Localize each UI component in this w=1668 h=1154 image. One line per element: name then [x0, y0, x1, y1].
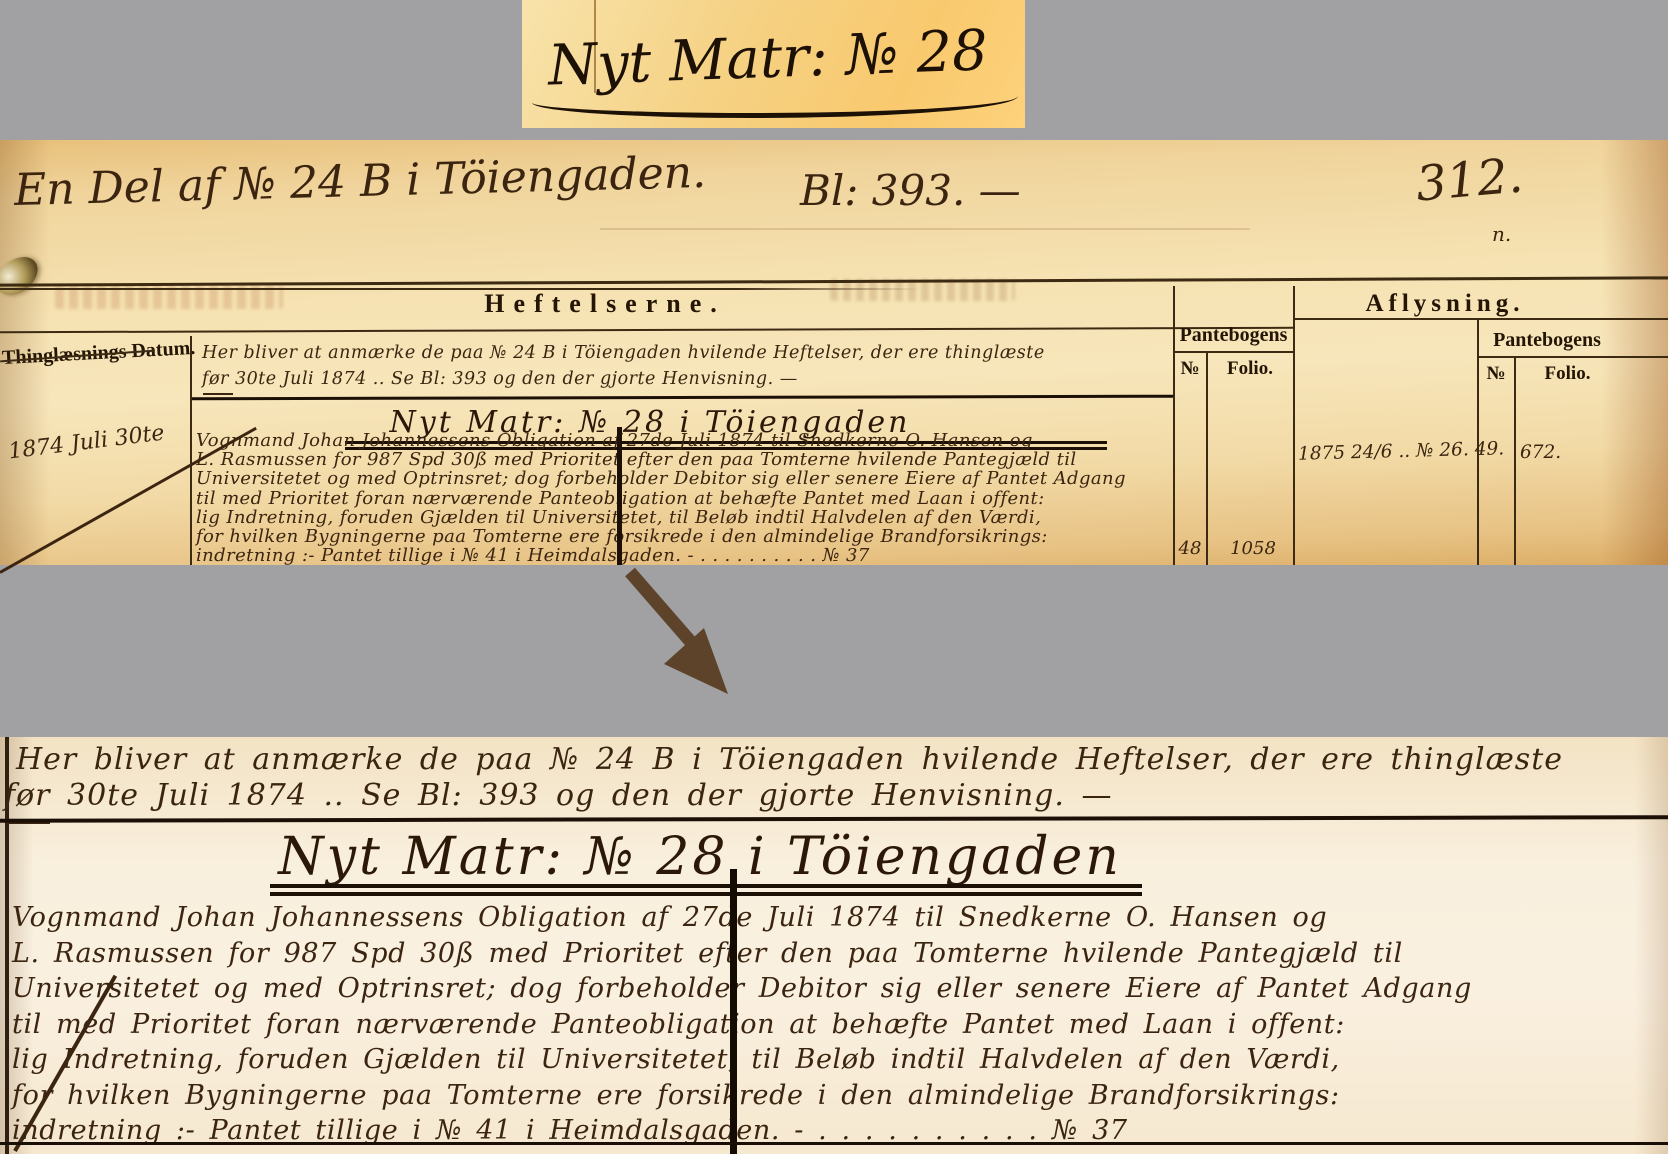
- aflysning-entry: 1875 24/6 .. № 26. 49.: [1298, 438, 1505, 464]
- page-number-mark: n.: [1492, 222, 1511, 246]
- annotation-line-2: før 30te Juli 1874 .. Se Bl: 393 og den …: [202, 369, 798, 389]
- table-rule: [0, 815, 1668, 822]
- column-header-folio: Folio.: [1207, 358, 1293, 380]
- matr-heading: Nyt Matr: № 28 i Töiengaden: [180, 827, 1220, 887]
- entry-date: 1874 Juli 30te: [7, 421, 166, 465]
- column-divider: [1206, 351, 1208, 565]
- annotation-line-2: før 30te Juli 1874 .. Se Bl: 393 og den …: [4, 778, 1112, 813]
- column-header-folio: Folio.: [1515, 363, 1620, 385]
- heavy-column-stroke: [730, 869, 737, 1154]
- heavy-column-stroke: [617, 427, 622, 565]
- entry-line: lig Indretning, foruden Gjælden til Univ…: [196, 508, 1176, 527]
- heading-underline: [270, 892, 1142, 896]
- section-title-aflysning: Aflysning.: [1320, 290, 1570, 318]
- register-page-scan: En Del af № 24 B i Töiengaden. Bl: 393. …: [0, 140, 1668, 565]
- entry-paragraph: Vognmand Johan Johannessens Obligation a…: [12, 900, 1662, 1149]
- column-header-no: №: [1477, 363, 1515, 385]
- entry-line: Vognmand Johan Johannessens Obligation a…: [196, 431, 1176, 450]
- column-divider: [1514, 356, 1516, 565]
- entry-line: til med Prioritet foran nærværende Pante…: [196, 489, 1176, 508]
- entry-pantebog-no: 48: [1171, 538, 1209, 559]
- entry-paragraph: Vognmand Johan Johannessens Obligation a…: [196, 431, 1176, 565]
- heading-underline: [270, 884, 1142, 888]
- blad-reference: Bl: 393. —: [800, 166, 1021, 215]
- zoom-arrow-icon: [598, 566, 768, 701]
- annotation-line-1: Her bliver at anmærke de paa № 24 B i Tö…: [202, 343, 1045, 363]
- entry-line: indretning :- Pantet tillige i № 41 i He…: [196, 546, 1176, 565]
- entry-line: Universitetet og med Optrinsret; dog for…: [196, 469, 1176, 488]
- snippet-matr-heading: Nyt Matr: № 28: [547, 18, 989, 98]
- entry-pantebog-folio: 1058: [1212, 538, 1294, 559]
- column-header-pantebogens: Pantebogens: [1477, 329, 1617, 352]
- column-header-no: №: [1173, 358, 1207, 380]
- annotation-line-1: Her bliver at anmærke de paa № 24 B i Tö…: [16, 742, 1563, 777]
- property-title: En Del af № 24 B i Töiengaden.: [13, 147, 706, 216]
- table-rule: [1293, 318, 1668, 320]
- entry-line: for hvilken Bygningerne paa Tomterne ere…: [12, 1078, 1662, 1114]
- header-snippet-scan: Nyt Matr: № 28: [522, 0, 1025, 128]
- entry-line: Vognmand Johan Johannessens Obligation a…: [12, 900, 1662, 936]
- binding-rivet: [0, 249, 45, 303]
- table-rule: [0, 327, 1293, 334]
- entry-line: Universitetet og med Optrinsret; dog for…: [12, 971, 1662, 1007]
- table-rule: [1477, 356, 1668, 358]
- entry-line: til med Prioritet foran nærværende Pante…: [12, 1007, 1662, 1043]
- table-rule: [0, 1142, 1668, 1145]
- table-rule: [190, 395, 1173, 401]
- table-rule: [1173, 351, 1294, 353]
- faint-pencil-rule: [600, 228, 1250, 230]
- entry-line: lig Indretning, foruden Gjælden til Univ…: [12, 1042, 1662, 1078]
- word-underline: [203, 393, 233, 395]
- entry-line: L. Rasmussen for 987 Spd 30ß med Priorit…: [12, 936, 1662, 972]
- entry-line: for hvilken Bygningerne paa Tomterne ere…: [196, 527, 1176, 546]
- aflysning-folio: 672.: [1520, 442, 1561, 463]
- column-header-pantebogens: Pantebogens: [1173, 324, 1294, 347]
- page-number: 312.: [1414, 147, 1525, 212]
- entry-line: L. Rasmussen for 987 Spd 30ß med Priorit…: [196, 450, 1176, 469]
- detail-enlarged-scan: Her bliver at anmærke de paa № 24 B i Tö…: [0, 737, 1668, 1154]
- column-divider: [1293, 286, 1295, 565]
- column-divider: [190, 336, 192, 565]
- snippet-underline-flourish: [532, 96, 1018, 118]
- section-title-heftelserne: Heftelserne.: [420, 289, 790, 319]
